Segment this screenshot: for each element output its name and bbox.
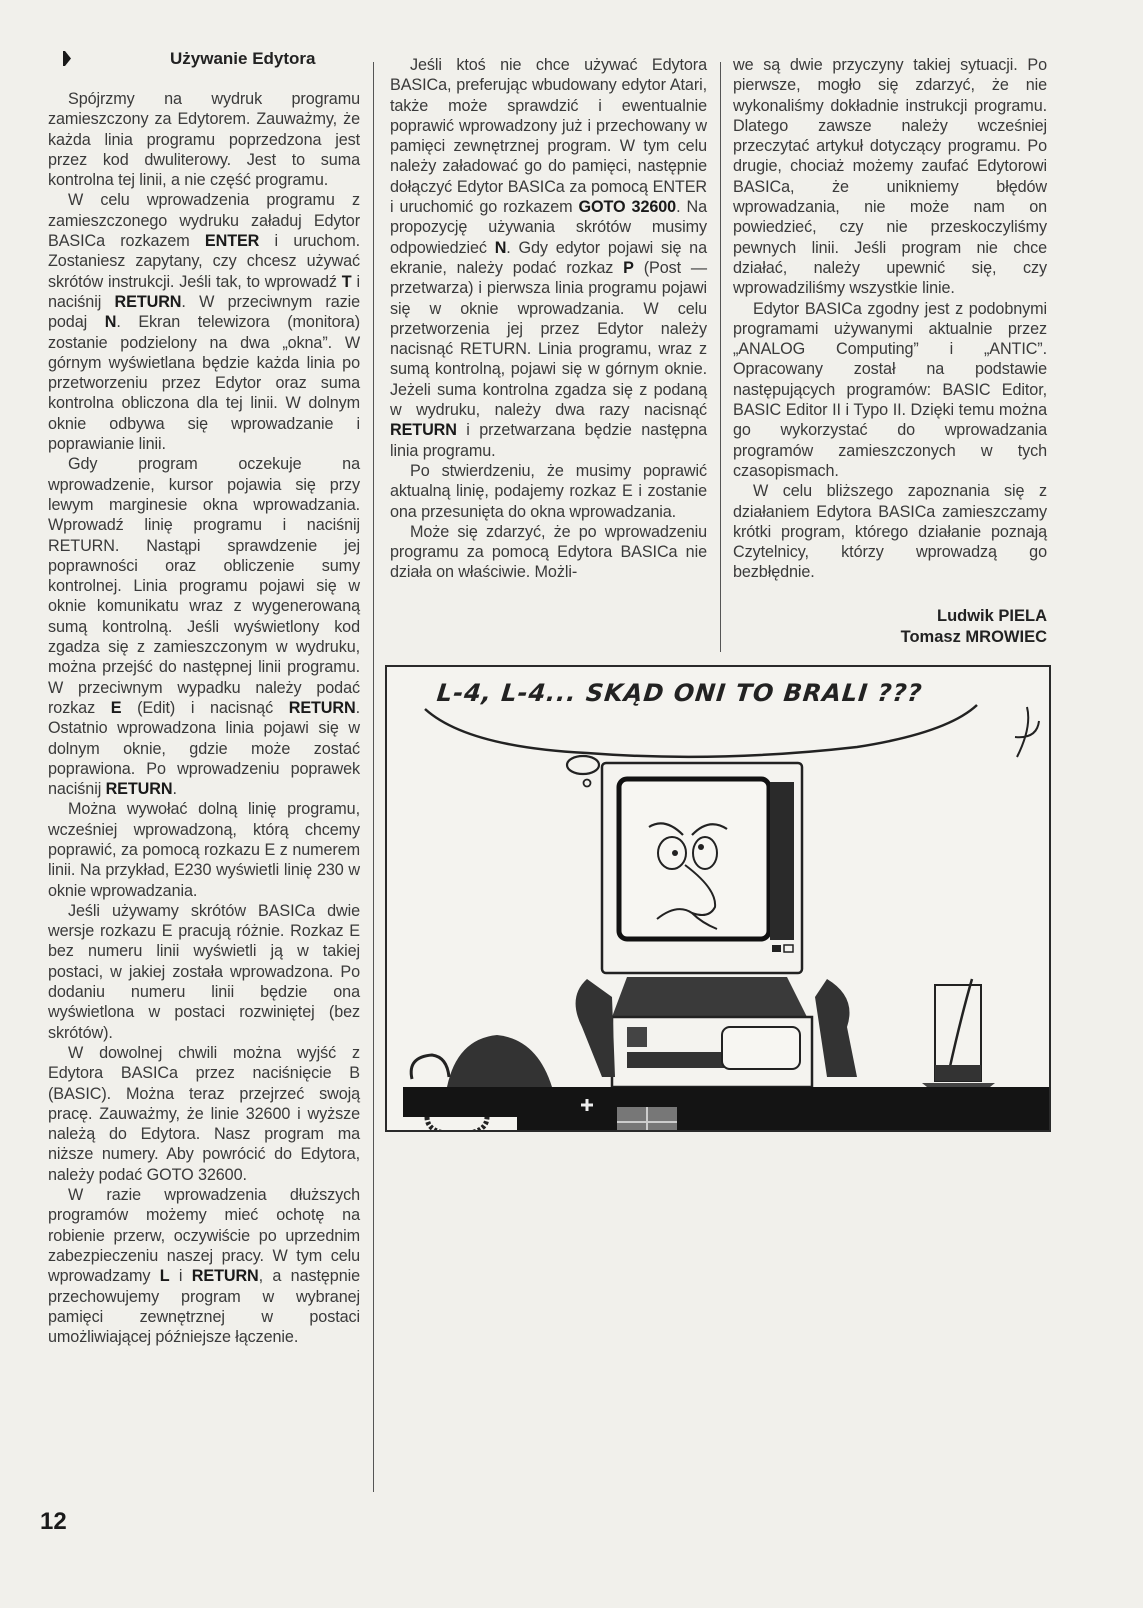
paragraph: W razie wprowadzenia dłuższych programów…: [48, 1185, 360, 1347]
text-column-middle: Jeśli ktoś nie chce używać Edytora BASIC…: [390, 55, 707, 583]
paragraph: we są dwie przyczyny takiej sytuacji. Po…: [733, 55, 1047, 299]
paragraph: Jeśli używamy skrótów BASICa dwie wersje…: [48, 901, 360, 1043]
emphasized-keyword: GOTO 32600: [579, 198, 677, 216]
column-divider-right: [720, 62, 721, 652]
paragraph: Jeśli ktoś nie chce używać Edytora BASIC…: [390, 55, 707, 461]
author-1: Ludwik PIELA: [901, 606, 1047, 627]
speech-bubble-text: L-4, L-4... SKĄD ONI TO BRALI ???: [436, 679, 924, 707]
paragraph: W dowolnej chwili można wyjść z Edytora …: [48, 1043, 360, 1185]
emphasized-keyword: E: [111, 699, 122, 717]
emphasized-keyword: RETURN: [106, 780, 173, 798]
paragraph: Po stwierdzeniu, że musimy poprawić aktu…: [390, 461, 707, 522]
emphasized-keyword: T: [342, 273, 352, 291]
paragraph: Może się zdarzyć, że po wprowadzeniu pro…: [390, 522, 707, 583]
author-byline: Ludwik PIELA Tomasz MROWIEC: [901, 606, 1047, 648]
page-number: 12: [40, 1508, 67, 1536]
emphasized-keyword: RETURN: [192, 1267, 259, 1285]
emphasized-keyword: N: [495, 239, 507, 257]
emphasized-keyword: RETURN: [390, 421, 457, 439]
article-heading: Używanie Edytora: [170, 49, 316, 69]
text-column-left: Spójrzmy na wydruk programu zamieszczony…: [48, 89, 360, 1347]
text-column-right: we są dwie przyczyny takiej sytuacji. Po…: [733, 55, 1047, 583]
arrow-bullet-icon: [62, 51, 71, 66]
emphasized-keyword: N: [105, 313, 117, 331]
emphasized-keyword: P: [623, 259, 634, 277]
paragraph: Spójrzmy na wydruk programu zamieszczony…: [48, 89, 360, 190]
emphasized-keyword: RETURN: [115, 293, 182, 311]
author-2: Tomasz MROWIEC: [901, 627, 1047, 648]
column-divider-left: [373, 62, 374, 1492]
paragraph: W celu wprowadzenia programu z zamieszcz…: [48, 190, 360, 454]
paragraph: W celu bliższego zapoznania się z działa…: [733, 481, 1047, 582]
cartoon-illustration: L-4, L-4... SKĄD ONI TO BRALI ???: [385, 665, 1051, 1132]
paragraph: Edytor BASICa zgodny jest z podobnymi pr…: [733, 299, 1047, 482]
paragraph: Można wywołać dolną linię programu, wcze…: [48, 799, 360, 900]
cartoon-drawing: [387, 667, 1051, 1132]
emphasized-keyword: ENTER: [205, 232, 259, 250]
paragraph: Gdy program oczekuje na wprowadzenie, ku…: [48, 454, 360, 799]
emphasized-keyword: RETURN: [289, 699, 356, 717]
emphasized-keyword: L: [160, 1267, 170, 1285]
